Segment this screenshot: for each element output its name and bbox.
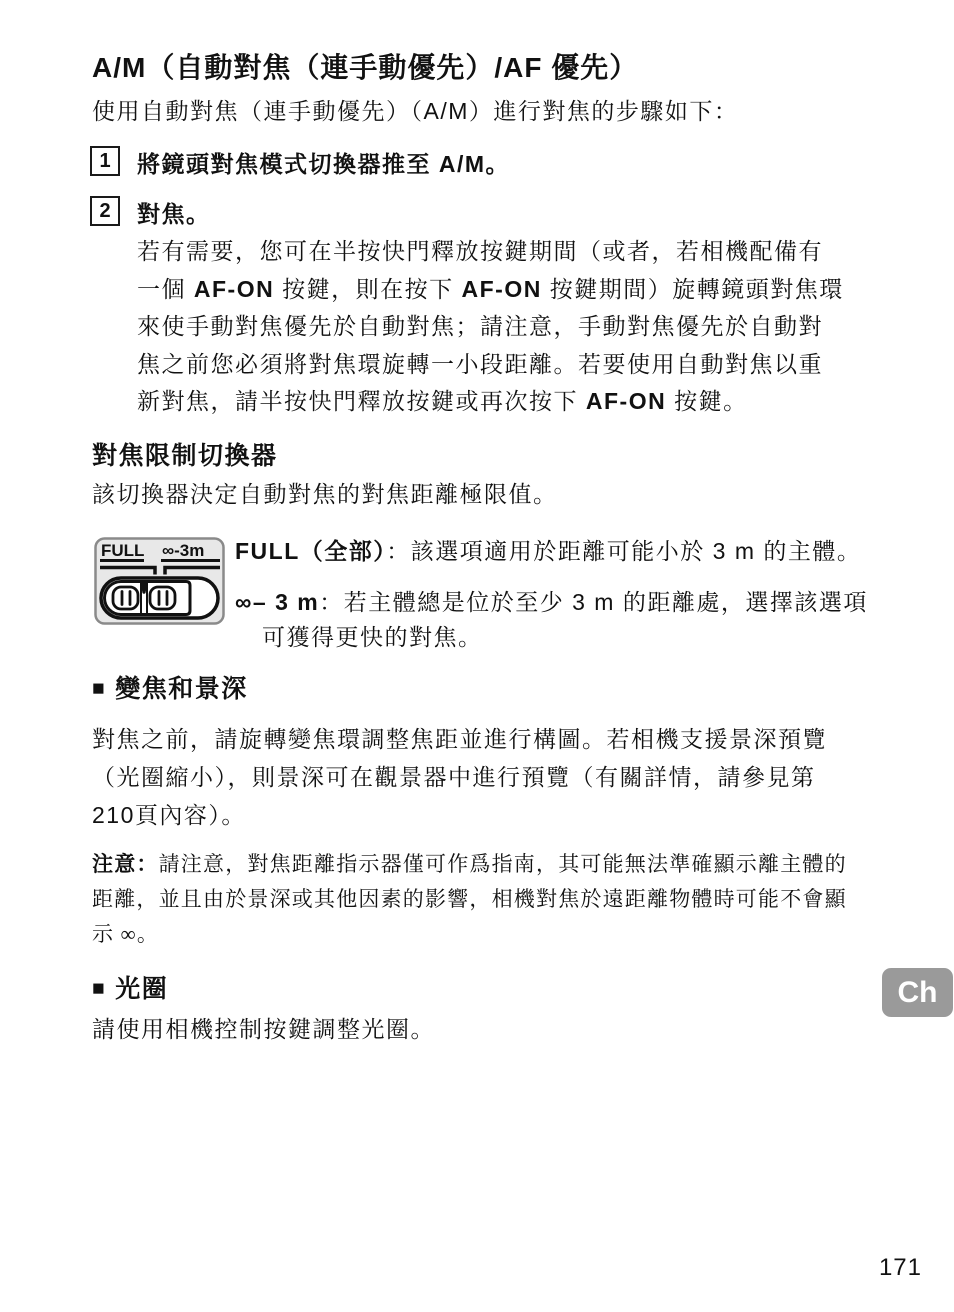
intro-text: 使用自動對焦（連手動優先）（A/M）進行對焦的步驟如下： (92, 94, 738, 130)
page-title: A/M（自動對焦（連手動優先）/AF 優先） (92, 46, 638, 86)
step-1-title: 將鏡頭對焦模式切換器推至 A/M。 (137, 147, 510, 183)
switch-label-range: ∞-3m (162, 541, 204, 560)
step-2-body: 若有需要，您可在半按快門釋放按鍵期間（或者，若相機配備有一個 AF-ON 按鍵，… (137, 233, 844, 421)
focus-limit-desc: 該切換器決定自動對焦的對焦距離極限值。 (92, 477, 558, 513)
aperture-heading: ■光圈 (92, 970, 168, 1009)
full-option-text: FULL（全部）：該選項適用於距離可能小於 3 m 的主體。 (235, 534, 895, 568)
zoom-dof-body: 對焦之前，請旋轉變焦環調整焦距並進行構圖。若相機支援景深預覽（光圈縮小），則景深… (92, 720, 882, 834)
aperture-heading-label: 光圈 (115, 975, 168, 1003)
zoom-dof-heading: ■變焦和景深 (92, 670, 248, 709)
aperture-body: 請使用相機控制按鍵調整光圈。 (92, 1012, 435, 1048)
switch-label-full: FULL (101, 541, 144, 560)
range-option-text: ∞– 3 m：若主體總是位於至少 3 m 的距離處，選擇該選項可獲得更快的對焦。 (235, 585, 895, 654)
focus-limit-switch-icon: FULL ∞-3m (94, 537, 225, 625)
step-2-title: 對焦。 (137, 197, 211, 233)
step-number-2: 2 (90, 196, 120, 226)
chapter-tab: Ch (882, 968, 953, 1017)
section-marker-icon: ■ (92, 677, 106, 700)
zoom-dof-heading-label: 變焦和景深 (115, 675, 248, 703)
note-paragraph: 注意：請注意，對焦距離指示器僅可作爲指南，其可能無法準確顯示離主體的距離，並且由… (92, 847, 892, 952)
section-marker-icon: ■ (92, 977, 106, 1000)
step-number-1: 1 (90, 146, 120, 176)
page-number: 171 (879, 1254, 922, 1282)
manual-page: A/M（自動對焦（連手動優先）/AF 優先） 使用自動對焦（連手動優先）（A/M… (0, 0, 954, 1312)
focus-limit-heading: 對焦限制切換器 (92, 437, 278, 476)
focus-limit-switch-figure: FULL ∞-3m (94, 537, 225, 625)
